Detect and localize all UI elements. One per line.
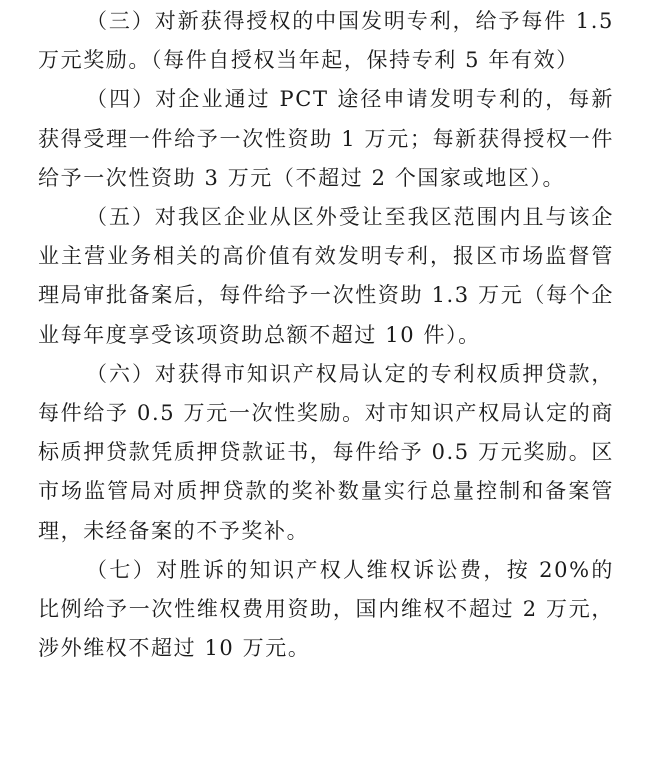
- document-page: （三）对新获得授权的中国发明专利，给予每件 1.5 万元奖励。（每件自授权当年起…: [38, 2, 614, 668]
- paragraph-item-5: （五）对我区企业从区外受让至我区范围内且与该企业主营业务相关的高价值有效发明专利…: [38, 198, 614, 355]
- paragraph-item-3: （三）对新获得授权的中国发明专利，给予每件 1.5 万元奖励。（每件自授权当年起…: [38, 2, 614, 80]
- paragraph-item-4: （四）对企业通过 PCT 途径申请发明专利的，每新获得受理一件给予一次性资助 1…: [38, 80, 614, 198]
- paragraph-item-7: （七）对胜诉的知识产权人维权诉讼费，按 20%的比例给予一次性维权费用资助，国内…: [38, 551, 614, 669]
- paragraph-item-6: （六）对获得市知识产权局认定的专利权质押贷款，每件给予 0.5 万元一次性奖励。…: [38, 355, 614, 551]
